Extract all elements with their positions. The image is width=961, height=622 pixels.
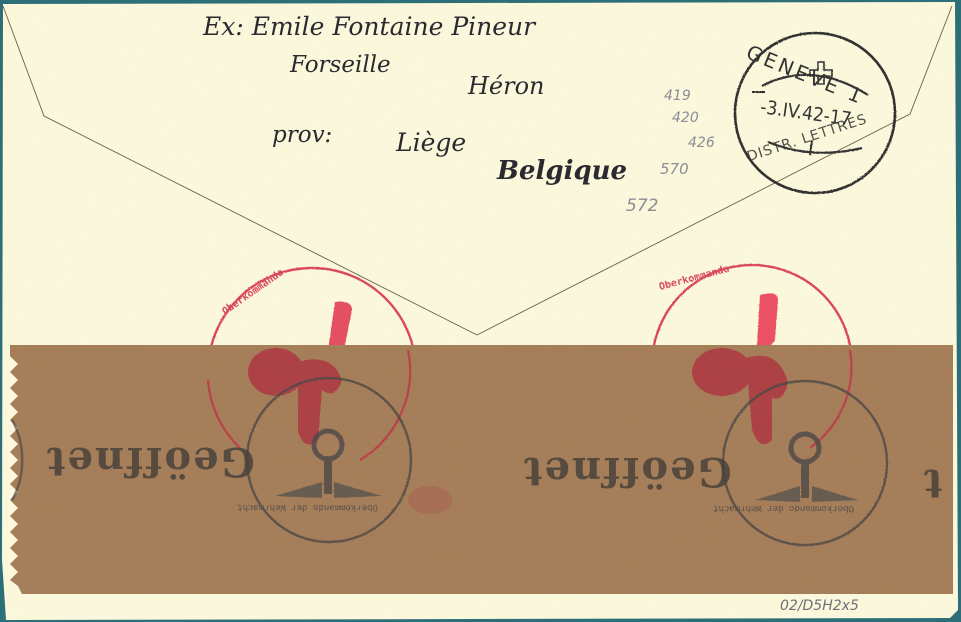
sender-country: Belgique — [497, 156, 627, 186]
sender-line-1: Ex: Emile Fontaine Pineur — [203, 12, 535, 41]
pencil-note-4: 570 — [660, 160, 689, 178]
pencil-bottom-reference: 02/D5H2x5 — [780, 598, 859, 614]
sender-line-2-heron: Héron — [468, 72, 545, 100]
tape-label-geoeffnet-left: Geöffnet — [45, 438, 255, 485]
sender-city: Liège — [396, 128, 466, 157]
pencil-note-3: 426 — [688, 135, 715, 151]
tape-label-geoeffnet-right: Geöffnet — [522, 448, 732, 495]
svg-text:Oberkommando der Wehrmacht: Oberkommando der Wehrmacht — [237, 502, 378, 512]
pencil-note-5: 572 — [626, 196, 658, 216]
pencil-note-1: 419 — [664, 88, 691, 104]
pencil-note-2: 420 — [672, 110, 699, 126]
sender-line-2-village: Forseille — [290, 52, 391, 78]
svg-text:Oberkommando der Wehrmacht: Oberkommando der Wehrmacht — [713, 503, 854, 513]
tape-label-partial-right: t — [924, 460, 953, 507]
sender-prov-label: prov: — [272, 122, 332, 148]
